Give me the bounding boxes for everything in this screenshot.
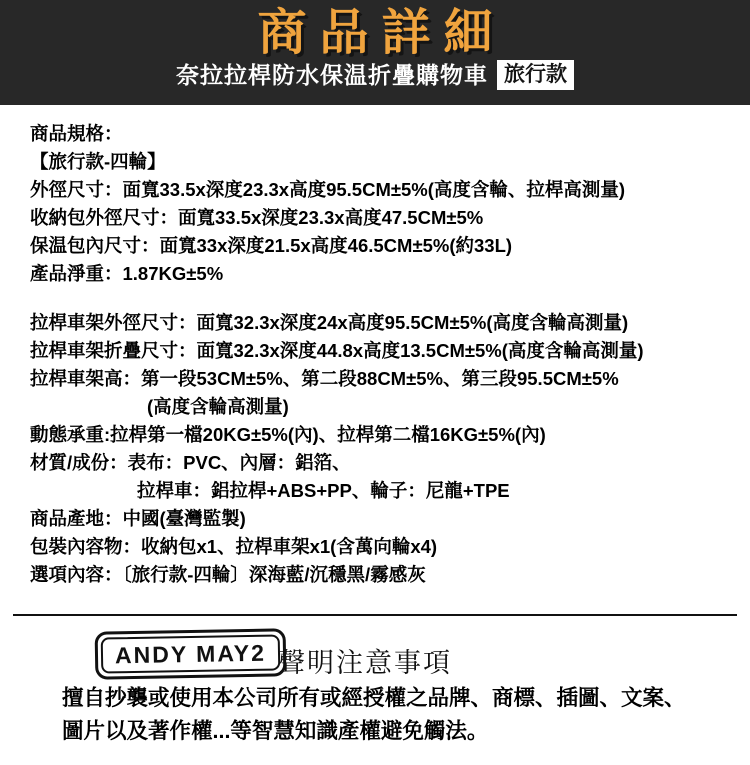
- header-banner: 商品詳細 奈拉拉桿防水保温折疊購物車 旅行款: [0, 0, 750, 105]
- brand-logo: ANDY MAY2: [95, 628, 287, 679]
- brand-logo-text: ANDY MAY2: [101, 634, 281, 673]
- spec-line-frame-folded-size: 拉桿車架折疊尺寸：面寬32.3x深度44.8x高度13.5CM±5%(高度含輪高…: [30, 337, 740, 365]
- spec-line-cooler-inner-size: 保温包內尺寸：面寬33x深度21.5x高度46.5CM±5%(約33L): [30, 232, 740, 260]
- spec-line-outer-size: 外徑尺寸：面寬33.5x深度23.3x高度95.5CM±5%(高度含輪、拉桿高測…: [30, 176, 740, 204]
- spec-line-frame-heights: 拉桿車架高：第一段53CM±5%、第二段88CM±5%、第三段95.5CM±5%: [30, 365, 740, 393]
- header-subtitle-row: 奈拉拉桿防水保温折疊購物車 旅行款: [0, 60, 750, 90]
- disclaimer-line-1: 擅自抄襲或使用本公司所有或經授權之品牌、商標、插圖、文案、: [62, 682, 686, 715]
- product-detail-page: 商品詳細 奈拉拉桿防水保温折疊購物車 旅行款 商品規格： 【旅行款-四輪】 外徑…: [0, 0, 750, 765]
- spec-line-color-options: 選項內容：〔旅行款-四輪〕深海藍/沉穩黑/霧感灰: [30, 561, 740, 589]
- spec-line-load-capacity: 動態承重:拉桿第一檔20KG±5%(內)、拉桿第二檔16KG±5%(內): [30, 421, 740, 449]
- spec-line-materials: 材質/成份：表布：PVC、內層：鋁箔、: [30, 449, 740, 477]
- disclaimer-line-2: 圖片以及著作權...等智慧知識產權避免觸法。: [62, 715, 686, 748]
- spec-line-materials-cont: 拉桿車：鋁拉桿+ABS+PP、輪子：尼龍+TPE: [30, 477, 740, 505]
- spec-line-bag-outer-size: 收納包外徑尺寸：面寬33.5x深度23.3x高度47.5CM±5%: [30, 204, 740, 232]
- variant-badge: 旅行款: [497, 60, 574, 90]
- spec-line-title: 商品規格：: [30, 120, 740, 148]
- spec-line-frame-heights-note: (高度含輪高測量): [30, 393, 740, 421]
- page-title: 商品詳細: [244, 7, 505, 59]
- product-name: 奈拉拉桿防水保温折疊購物車: [176, 61, 488, 89]
- notice-heading: 聲明注意事項: [278, 641, 452, 680]
- spec-line-origin: 商品產地：中國(臺灣監製): [30, 505, 740, 533]
- spec-line-frame-outer-size: 拉桿車架外徑尺寸：面寬32.3x深度24x高度95.5CM±5%(高度含輪高測量…: [30, 309, 740, 337]
- section-divider: [13, 614, 737, 616]
- spec-group-spacer: [30, 288, 740, 309]
- spec-line-package-contents: 包裝內容物：收納包x1、拉桿車架x1(含萬向輪x4): [30, 533, 740, 561]
- spec-list: 商品規格： 【旅行款-四輪】 外徑尺寸：面寬33.5x深度23.3x高度95.5…: [30, 120, 740, 589]
- spec-line-net-weight: 產品淨重：1.87KG±5%: [30, 260, 740, 288]
- disclaimer-block: 擅自抄襲或使用本公司所有或經授權之品牌、商標、插圖、文案、 圖片以及著作權...…: [62, 682, 686, 748]
- spec-line-variant: 【旅行款-四輪】: [30, 148, 740, 176]
